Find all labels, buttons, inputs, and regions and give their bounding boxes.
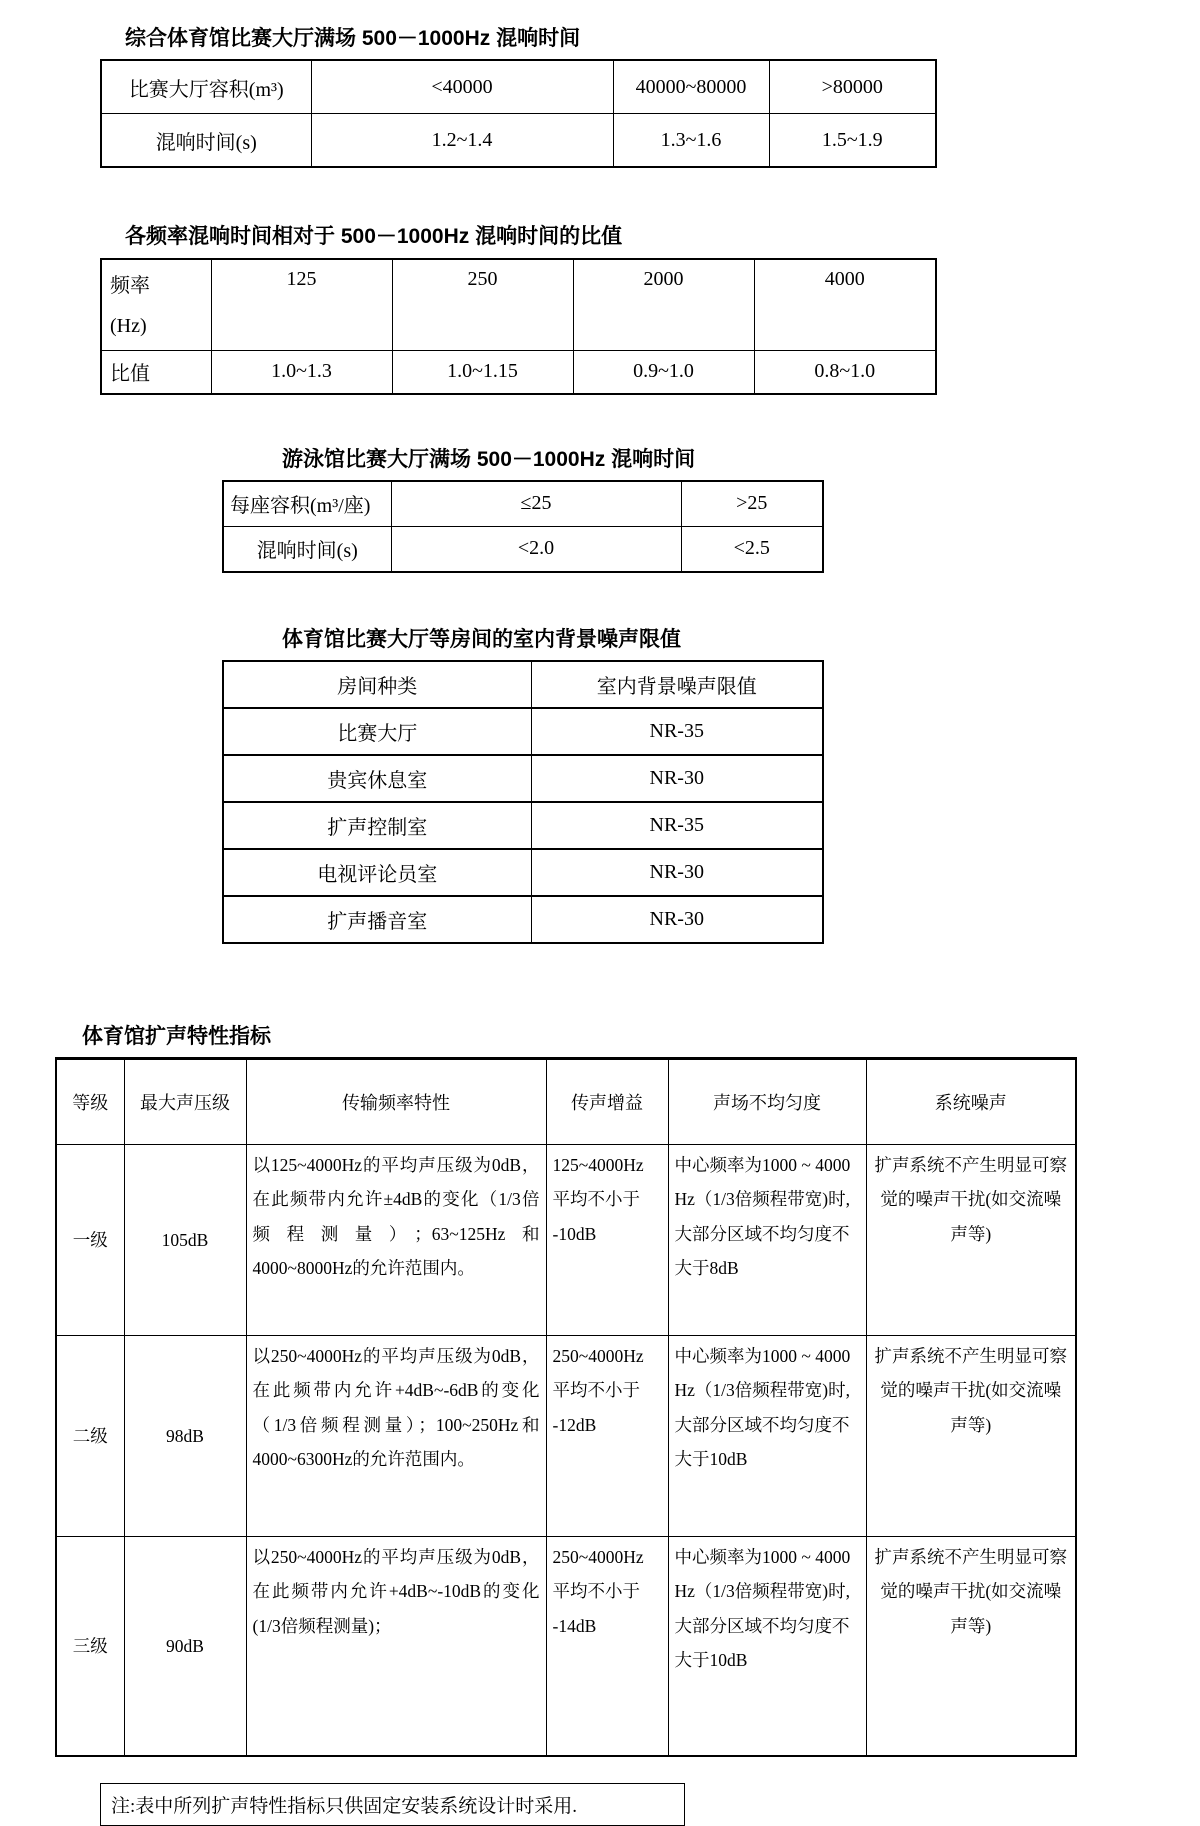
reverb-value-cell: <2.0 xyxy=(391,526,681,572)
room-name-cell: 扩声播音室 xyxy=(223,896,531,943)
footnote-box: 注:表中所列扩声特性指标只供固定安装系统设计时采用. xyxy=(100,1783,685,1826)
section-pool-reverb: 游泳馆比赛大厅满场 500－1000Hz 混响时间 每座容积(m³/座) ≤25… xyxy=(222,447,1200,573)
grade-header-cell: 等级 xyxy=(56,1059,124,1145)
table4-title: 体育馆比赛大厅等房间的室内背景噪声限值 xyxy=(282,627,1200,653)
room-name-cell: 电视评论员室 xyxy=(223,849,531,896)
frequency-label-cell: 频率 (Hz) xyxy=(101,259,211,351)
max-spl-cell: 98dB xyxy=(124,1336,246,1537)
frequency-cell: 250 xyxy=(392,259,573,351)
noise-limit-cell: NR-30 xyxy=(531,755,823,802)
table-row: 三级 90dB 以250~4000Hz的平均声压级为0dB，在此频带内允许+4d… xyxy=(56,1537,1076,1757)
gain-header-cell: 传声增益 xyxy=(546,1059,668,1145)
room-name-cell: 扩声控制室 xyxy=(223,802,531,849)
noise-limit-cell: NR-30 xyxy=(531,896,823,943)
noise-limit-cell: NR-35 xyxy=(531,708,823,755)
section-gym-reverb: 综合体育馆比赛大厅满场 500－1000Hz 混响时间 比赛大厅容积(m³) <… xyxy=(100,26,1200,168)
seat-volume-range-cell: ≤25 xyxy=(391,481,681,527)
freq-response-cell: 以125~4000Hz的平均声压级为0dB，在此频带内允许±4dB的变化（1/3… xyxy=(246,1145,546,1336)
system-noise-cell: 扩声系统不产生明显可察觉的噪声干扰(如交流噪声等) xyxy=(866,1145,1076,1336)
room-name-cell: 贵宾休息室 xyxy=(223,755,531,802)
frequency-cell: 4000 xyxy=(754,259,936,351)
table-row: 二级 98dB 以250~4000Hz的平均声压级为0dB，在此频带内允许+4d… xyxy=(56,1336,1076,1537)
freq-response-header-cell: 传输频率特性 xyxy=(246,1059,546,1145)
section-background-noise: 体育馆比赛大厅等房间的室内背景噪声限值 房间种类 室内背景噪声限值 比赛大厅 N… xyxy=(222,627,1200,944)
reverb-time-label-cell: 混响时间(s) xyxy=(223,526,391,572)
reverb-value-cell: 1.2~1.4 xyxy=(311,114,613,168)
freq-ratio-table: 频率 (Hz) 125 250 2000 4000 比值 1.0~1.3 1.0… xyxy=(100,258,937,395)
sound-reinforcement-table: 等级 最大声压级 传输频率特性 传声增益 声场不均匀度 系统噪声 一级 105d… xyxy=(55,1057,1077,1757)
table-row: 扩声控制室 NR-35 xyxy=(223,802,823,849)
gain-cell: 250~4000Hz 平均不小于 -12dB xyxy=(546,1336,668,1537)
table-row: 贵宾休息室 NR-30 xyxy=(223,755,823,802)
seat-volume-label-cell: 每座容积(m³/座) xyxy=(223,481,391,527)
document-page: { "page": { "bg": "#ffffff", "ink": "#00… xyxy=(0,0,1200,1826)
frequency-cell: 2000 xyxy=(573,259,754,351)
table-row: 一级 105dB 以125~4000Hz的平均声压级为0dB，在此频带内允许±4… xyxy=(56,1145,1076,1336)
noise-limit-cell: NR-35 xyxy=(531,802,823,849)
volume-range-cell: >80000 xyxy=(769,60,936,114)
section-freq-ratio: 各频率混响时间相对于 500－1000Hz 混响时间的比值 频率 (Hz) 12… xyxy=(100,224,1200,394)
uniformity-cell: 中心频率为1000 ~ 4000 Hz（1/3倍频程带宽)时,大部分区域不均匀度… xyxy=(668,1537,866,1757)
background-noise-table: 房间种类 室内背景噪声限值 比赛大厅 NR-35 贵宾休息室 NR-30 扩声控… xyxy=(222,660,824,944)
gain-cell: 125~4000Hz 平均不小于 -10dB xyxy=(546,1145,668,1336)
table3-title: 游泳馆比赛大厅满场 500－1000Hz 混响时间 xyxy=(282,447,1200,473)
ratio-cell: 1.0~1.3 xyxy=(211,350,392,394)
system-noise-cell: 扩声系统不产生明显可察觉的噪声干扰(如交流噪声等) xyxy=(866,1537,1076,1757)
room-name-cell: 比赛大厅 xyxy=(223,708,531,755)
table-row: 电视评论员室 NR-30 xyxy=(223,849,823,896)
volume-range-cell: 40000~80000 xyxy=(613,60,769,114)
seat-volume-range-cell: >25 xyxy=(681,481,823,527)
table5-title: 体育馆扩声特性指标 xyxy=(82,1024,1200,1050)
grade-cell: 一级 xyxy=(56,1145,124,1336)
uniformity-header-cell: 声场不均匀度 xyxy=(668,1059,866,1145)
reverb-value-cell: 1.3~1.6 xyxy=(613,114,769,168)
freq-response-cell: 以250~4000Hz的平均声压级为0dB，在此频带内允许+4dB~-6dB的变… xyxy=(246,1336,546,1537)
table-row: 比赛大厅 NR-35 xyxy=(223,708,823,755)
table-row: 扩声播音室 NR-30 xyxy=(223,896,823,943)
grade-cell: 二级 xyxy=(56,1336,124,1537)
gain-cell: 250~4000Hz 平均不小于 -14dB xyxy=(546,1537,668,1757)
noise-limit-cell: NR-30 xyxy=(531,849,823,896)
ratio-cell: 0.9~1.0 xyxy=(573,350,754,394)
uniformity-cell: 中心频率为1000 ~ 4000 Hz（1/3倍频程带宽)时,大部分区域不均匀度… xyxy=(668,1336,866,1537)
footnote-text: 注:表中所列扩声特性指标只供固定安装系统设计时采用. xyxy=(111,1796,577,1817)
reverb-value-cell: 1.5~1.9 xyxy=(769,114,936,168)
volume-range-cell: <40000 xyxy=(311,60,613,114)
system-noise-header-cell: 系统噪声 xyxy=(866,1059,1076,1145)
gym-reverb-table: 比赛大厅容积(m³) <40000 40000~80000 >80000 混响时… xyxy=(100,59,937,168)
hall-volume-label-cell: 比赛大厅容积(m³) xyxy=(101,60,311,114)
ratio-label-cell: 比值 xyxy=(101,350,211,394)
system-noise-cell: 扩声系统不产生明显可察觉的噪声干扰(如交流噪声等) xyxy=(866,1336,1076,1537)
ratio-cell: 1.0~1.15 xyxy=(392,350,573,394)
uniformity-cell: 中心频率为1000 ~ 4000 Hz（1/3倍频程带宽)时,大部分区域不均匀度… xyxy=(668,1145,866,1336)
max-spl-cell: 90dB xyxy=(124,1537,246,1757)
freq-response-cell: 以250~4000Hz的平均声压级为0dB，在此频带内允许+4dB~-10dB的… xyxy=(246,1537,546,1757)
table2-title: 各频率混响时间相对于 500－1000Hz 混响时间的比值 xyxy=(125,224,1200,250)
max-spl-cell: 105dB xyxy=(124,1145,246,1336)
max-spl-header-cell: 最大声压级 xyxy=(124,1059,246,1145)
reverb-value-cell: <2.5 xyxy=(681,526,823,572)
noise-limit-header-cell: 室内背景噪声限值 xyxy=(531,661,823,708)
ratio-cell: 0.8~1.0 xyxy=(754,350,936,394)
table1-title: 综合体育馆比赛大厅满场 500－1000Hz 混响时间 xyxy=(125,26,1200,52)
section-sound-reinforcement: 体育馆扩声特性指标 等级 最大声压级 传输频率特性 传声增益 声场不均匀度 系统… xyxy=(55,1024,1200,1757)
room-type-header-cell: 房间种类 xyxy=(223,661,531,708)
pool-reverb-table: 每座容积(m³/座) ≤25 >25 混响时间(s) <2.0 <2.5 xyxy=(222,480,824,573)
frequency-cell: 125 xyxy=(211,259,392,351)
reverb-time-label-cell: 混响时间(s) xyxy=(101,114,311,168)
grade-cell: 三级 xyxy=(56,1537,124,1757)
